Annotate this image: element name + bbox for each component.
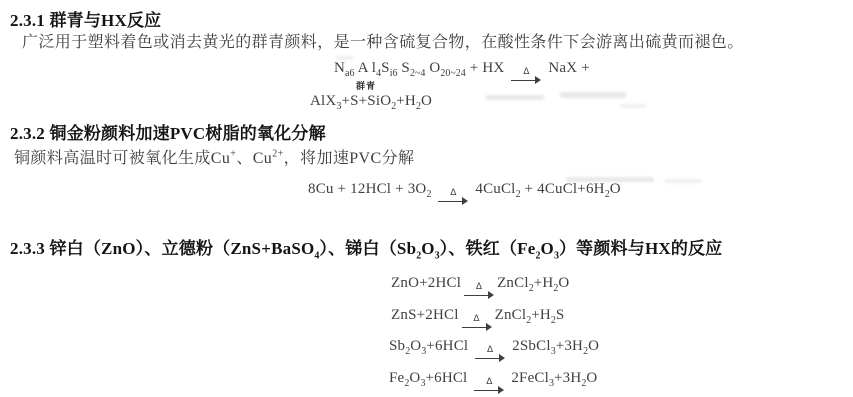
- reaction-arrow-delta: Δ: [464, 283, 494, 300]
- scan-artifact: [486, 95, 544, 100]
- equation-sb2o3-hcl: Sb2O3+6HCl Δ 2SbCl3+3H2O: [389, 335, 599, 363]
- section-heading-2-3-2: 2.3.2 铜金粉颜料加速PVC树脂的氧化分解: [10, 119, 326, 144]
- equation-zno-hcl: ZnO+2HClΔZnCl2+H2O: [391, 272, 569, 300]
- reaction-arrow-delta: Δ: [438, 189, 468, 206]
- scan-artifact: [336, 56, 354, 60]
- section-heading-2-3-3: 2.3.3 锌白（ZnO）、立德粉（ZnS+BaSO4）、锑白（Sb2O3）、铁…: [10, 234, 722, 259]
- scan-artifact: [560, 92, 626, 98]
- reaction-arrow-delta: Δ: [475, 346, 505, 363]
- reaction-arrow-delta: Δ: [511, 68, 541, 85]
- scan-artifact: [664, 179, 702, 183]
- section-heading-2-3-1: 2.3.1 群青与HX反应: [10, 6, 161, 31]
- reaction-arrow-delta: Δ: [474, 378, 504, 395]
- scan-artifact: [566, 177, 654, 182]
- section-2-3-2-paragraph: 铜颜料高温时可被氧化生成Cu+、Cu2+，将加速PVC分解: [14, 145, 414, 168]
- equation-zns-hcl: ZnS+2HClΔZnCl2+H2S: [391, 304, 564, 332]
- equation-ultramarine-products: AlX3+S+SiO2+H2O: [310, 90, 432, 112]
- equation-copper-oxidation: 8Cu + 12HCl + 3O2 Δ 4CuCl2 + 4CuCl+6H2O: [308, 178, 621, 206]
- section-2-3-1-paragraph: 广泛用于塑料着色或消去黄光的群青颜料，是一种含硫复合物，在酸性条件下会游离出硫黄…: [22, 29, 744, 52]
- equation-fe2o3-hcl: Fe2O3+6HCl Δ 2FeCl3+3H2O: [389, 367, 597, 395]
- document-page: { "page": { "background": "#ffffff", "he…: [0, 0, 853, 397]
- reaction-arrow-delta: Δ: [462, 315, 492, 332]
- scan-artifact: [620, 104, 646, 108]
